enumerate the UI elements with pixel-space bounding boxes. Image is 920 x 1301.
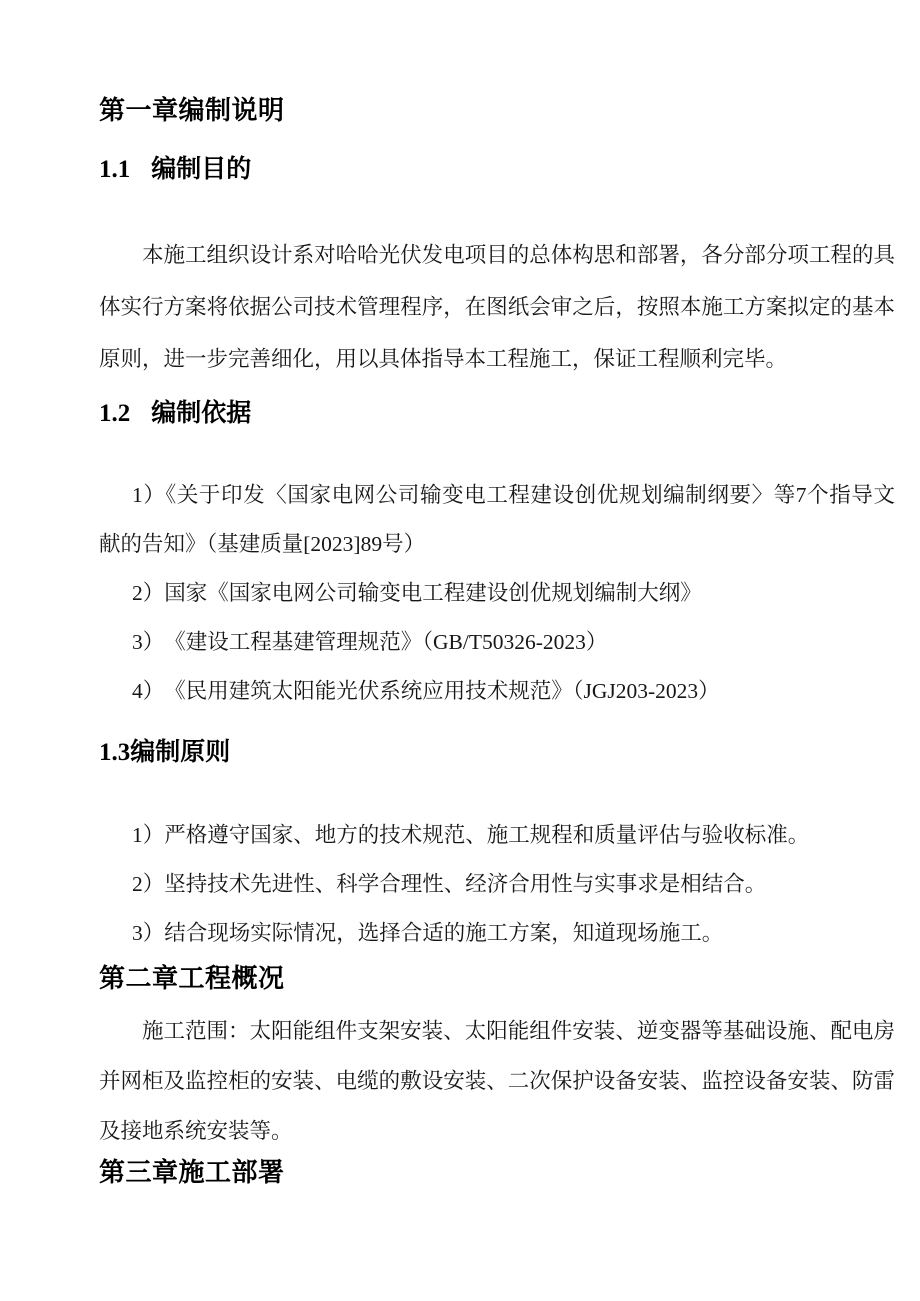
section-1-3-number: 1.3 (99, 739, 130, 766)
basis-list-item: 1）《关于印发〈国家电网公司输变电工程建设创优规划编制纲要〉等7个指导文献的告知… (99, 471, 895, 569)
section-1-1-heading: 1.1编制目的 (99, 154, 895, 185)
basis-list-item: 4） 《民用建筑太阳能光伏系统应用技术规范》（JGJ203-2023） (99, 667, 895, 716)
paragraph-scope: 施工范围：太阳能组件支架安装、太阳能组件安装、逆变器等基础设施、配电房并网柜及监… (99, 1006, 895, 1156)
basis-list-item: 3） 《建设工程基建管理规范》（GB/T50326-2023） (99, 618, 895, 667)
chapter-3-heading: 第三章施工部署 (99, 1157, 895, 1187)
chapter-1-heading: 第一章编制说明 (99, 95, 895, 125)
section-1-2-title: 编制依据 (151, 399, 251, 427)
section-1-1-title: 编制目的 (151, 155, 251, 183)
principle-list-item: 3）结合现场实际情况，选择合适的施工方案，知道现场施工。 (99, 909, 895, 958)
chapter-2-heading: 第二章工程概况 (99, 963, 895, 993)
section-1-2-number: 1.2 (99, 400, 130, 427)
section-1-1-number: 1.1 (99, 156, 130, 183)
principle-list-item: 2）坚持技术先进性、科学合理性、经济合用性与实事求是相结合。 (99, 860, 895, 909)
paragraph-purpose: 本施工组织设计系对哈哈光伏发电项目的总体构思和部署，各分部分项工程的具体实行方案… (99, 229, 895, 385)
section-1-3-heading: 1.3编制原则 (99, 737, 895, 768)
basis-list-item: 2）国家《国家电网公司输变电工程建设创优规划编制大纲》 (99, 569, 895, 618)
section-1-3-title: 编制原则 (130, 738, 230, 766)
section-1-2-heading: 1.2编制依据 (99, 398, 895, 429)
document-page: 第一章编制说明 1.1编制目的 本施工组织设计系对哈哈光伏发电项目的总体构思和部… (0, 0, 920, 1301)
principle-list-item: 1）严格遵守国家、地方的技术规范、施工规程和质量评估与验收标准。 (99, 811, 895, 860)
